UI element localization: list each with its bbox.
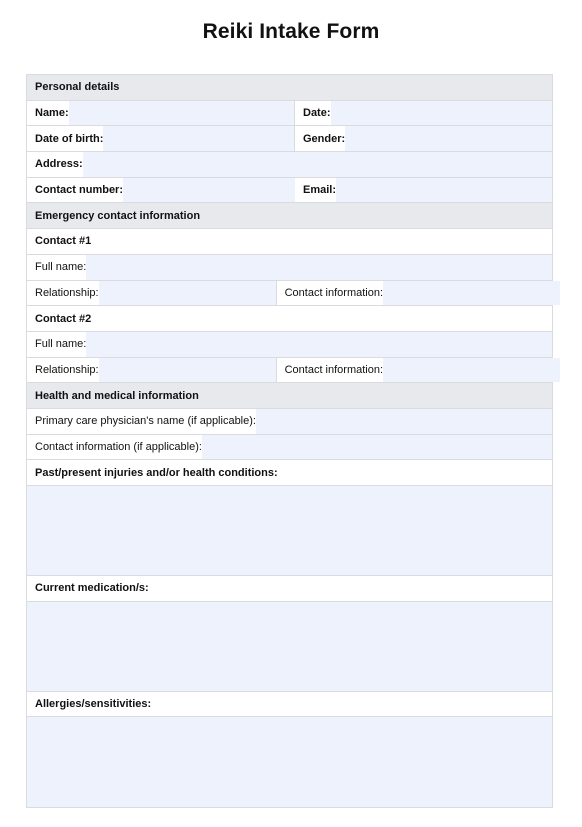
contact-info-label: Contact information: (277, 281, 383, 306)
page-title: Reiki Intake Form (0, 20, 582, 44)
row-physician: Primary care physician's name (if applic… (27, 409, 552, 435)
physician-label: Primary care physician's name (if applic… (27, 409, 256, 434)
subsection-heading: Contact #2 (27, 306, 91, 331)
dob-label: Date of birth: (27, 126, 103, 151)
address-field[interactable] (83, 152, 552, 177)
medications-textarea[interactable] (27, 602, 552, 692)
physician-contact-label: Contact information (if applicable): (27, 435, 202, 460)
injuries-label: Past/present injuries and/or health cond… (27, 460, 278, 485)
section-heading: Personal details (27, 75, 119, 100)
email-label: Email: (295, 178, 336, 203)
email-field[interactable] (336, 178, 552, 203)
allergies-label: Allergies/sensitivities: (27, 692, 151, 717)
subsection-contact-2: Contact #2 (27, 306, 552, 332)
relationship-label: Relationship: (27, 281, 99, 306)
medications-label: Current medication/s: (27, 576, 149, 601)
contact-info-label: Contact information: (277, 358, 383, 383)
contact1-relationship-field[interactable] (99, 281, 276, 306)
contact2-relationship-field[interactable] (99, 358, 276, 383)
physician-name-field[interactable] (256, 409, 552, 434)
gender-label: Gender: (295, 126, 345, 151)
section-heading: Emergency contact information (27, 203, 200, 228)
row-allergies-label: Allergies/sensitivities: (27, 692, 552, 718)
row-contact1-relationship: Relationship: Contact information: (27, 281, 552, 307)
row-name-date: Name: Date: (27, 101, 552, 127)
row-medications-label: Current medication/s: (27, 576, 552, 602)
injuries-textarea[interactable] (27, 486, 552, 576)
row-physician-contact: Contact information (if applicable): (27, 435, 552, 461)
contact2-contact-info-field[interactable] (383, 358, 560, 383)
name-field[interactable] (69, 101, 294, 126)
relationship-label: Relationship: (27, 358, 99, 383)
contact-number-label: Contact number: (27, 178, 123, 203)
date-field[interactable] (331, 101, 552, 126)
dob-field[interactable] (103, 126, 294, 151)
allergies-textarea[interactable] (27, 717, 552, 807)
section-health-medical: Health and medical information (27, 383, 552, 409)
row-injuries-label: Past/present injuries and/or health cond… (27, 460, 552, 486)
gender-field[interactable] (345, 126, 552, 151)
physician-contact-field[interactable] (202, 435, 552, 460)
section-emergency-contact: Emergency contact information (27, 203, 552, 229)
intake-form: Personal details Name: Date: Date of bir… (26, 74, 553, 808)
contact1-full-name-field[interactable] (86, 255, 552, 280)
row-dob-gender: Date of birth: Gender: (27, 126, 552, 152)
contact1-contact-info-field[interactable] (383, 281, 560, 306)
row-contact1-fullname: Full name: (27, 255, 552, 281)
section-heading: Health and medical information (27, 383, 199, 408)
name-label: Name: (27, 101, 69, 126)
row-address: Address: (27, 152, 552, 178)
address-label: Address: (27, 152, 83, 177)
full-name-label: Full name: (27, 255, 86, 280)
subsection-heading: Contact #1 (27, 229, 91, 254)
section-personal-details: Personal details (27, 75, 552, 101)
date-label: Date: (295, 101, 331, 126)
row-contact2-fullname: Full name: (27, 332, 552, 358)
contact-number-field[interactable] (123, 178, 300, 203)
subsection-contact-1: Contact #1 (27, 229, 552, 255)
row-contact-email: Contact number: Email: (27, 178, 552, 204)
contact2-full-name-field[interactable] (86, 332, 552, 357)
row-contact2-relationship: Relationship: Contact information: (27, 358, 552, 384)
full-name-label: Full name: (27, 332, 86, 357)
